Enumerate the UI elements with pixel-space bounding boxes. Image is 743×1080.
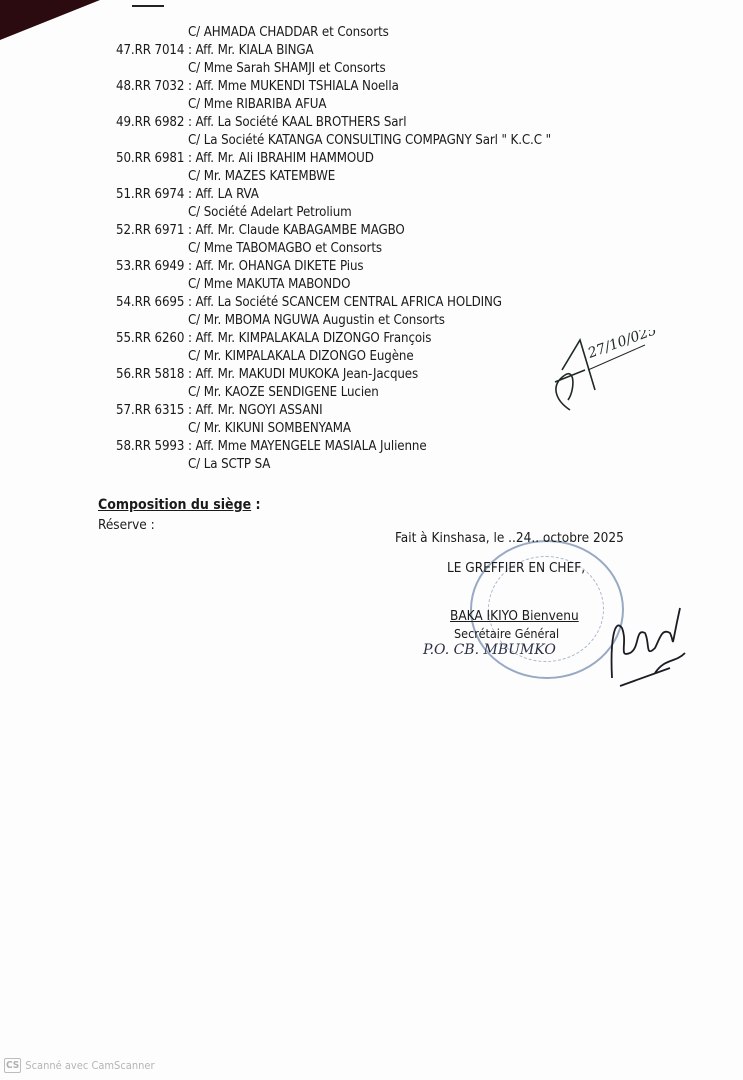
case-reference: RR 7014: [135, 43, 185, 58]
case-number: 49.: [116, 115, 135, 130]
case-row: 49.RR 6982 : Aff. La Société KAAL BROTHE…: [116, 114, 716, 132]
case-defendant: C/ Société Adelart Petrolium: [116, 205, 352, 220]
separator: :: [184, 223, 195, 238]
composition-heading: Composition du siège :: [98, 497, 261, 513]
case-number: 54.: [116, 295, 135, 310]
case-reference: RR 6949: [135, 259, 185, 274]
case-defendant: C/ Mme TABOMAGBO et Consorts: [116, 241, 382, 256]
scan-corner-shadow: [0, 0, 100, 40]
separator: :: [184, 115, 195, 130]
case-reference: RR 6974: [135, 187, 185, 202]
case-defendant-row: C/ Société Adelart Petrolium: [116, 204, 716, 222]
case-reference: RR 6981: [135, 151, 185, 166]
scan-edge-mark: [132, 5, 164, 7]
case-defendant-row: C/ Mme Sarah SHAMJI et Consorts: [116, 60, 716, 78]
case-number: 47.: [116, 43, 135, 58]
case-defendant-row: C/ Mr. KIKUNI SOMBENYAMA: [116, 420, 716, 438]
case-plaintiff: Aff. Mme MUKENDI TSHIALA Noella: [196, 79, 399, 94]
signatory-name: BAKA IKIYO Bienvenu: [450, 608, 579, 624]
case-defendant-row: C/ Mr. MBOMA NGUWA Augustin et Consorts: [116, 312, 716, 330]
case-defendant: C/ Mme Sarah SHAMJI et Consorts: [116, 61, 386, 76]
separator: :: [184, 43, 195, 58]
case-plaintiff: Aff. Mr. NGOYI ASSANI: [196, 403, 323, 418]
handwritten-initials-icon: 27/10/025: [540, 330, 660, 415]
case-defendant: C/ La Société KATANGA CONSULTING COMPAGN…: [116, 133, 551, 148]
case-defendant-row: C/ Mr. MAZES KATEMBWE: [116, 168, 716, 186]
camscanner-logo-icon: CS: [4, 1058, 21, 1073]
case-plaintiff: Aff. LA RVA: [196, 187, 259, 202]
case-plaintiff: Aff. Mr. Ali IBRAHIM HAMMOUD: [196, 151, 374, 166]
case-row: 50.RR 6981 : Aff. Mr. Ali IBRAHIM HAMMOU…: [116, 150, 716, 168]
case-defendant-row: C/ La SCTP SA: [116, 456, 716, 474]
case-continuation-line: C/ AHMADA CHADDAR et Consorts: [116, 24, 716, 42]
case-number: 51.: [116, 187, 135, 202]
case-reference: RR 7032: [135, 79, 185, 94]
separator: :: [184, 295, 195, 310]
case-reference: RR 5993: [135, 439, 185, 454]
separator: :: [184, 259, 195, 274]
case-defendant-row: C/ La Société KATANGA CONSULTING COMPAGN…: [116, 132, 716, 150]
case-defendant-row: C/ Mme RIBARIBA AFUA: [116, 96, 716, 114]
case-defendant-row: C/ Mme TABOMAGBO et Consorts: [116, 240, 716, 258]
case-plaintiff: Aff. Mr. Claude KABAGAMBE MAGBO: [196, 223, 405, 238]
case-reference: RR 6315: [135, 403, 185, 418]
case-plaintiff: Aff. Mr. OHANGA DIKETE Pius: [196, 259, 364, 274]
case-defendant: C/ Mr. MBOMA NGUWA Augustin et Consorts: [116, 313, 445, 328]
case-number: 52.: [116, 223, 135, 238]
separator: :: [184, 367, 195, 382]
place-date: Fait à Kinshasa, le ..24.. octobre 2025: [395, 530, 624, 546]
case-plaintiff: Aff. Mr. KIMPALAKALA DIZONGO François: [196, 331, 432, 346]
camscanner-text: Scanné avec CamScanner: [25, 1059, 154, 1072]
case-defendant: C/ Mme MAKUTA MABONDO: [116, 277, 350, 292]
case-defendant: C/ Mr. KIKUNI SOMBENYAMA: [116, 421, 351, 436]
case-plaintiff: Aff. Mme MAYENGELE MASIALA Julienne: [196, 439, 427, 454]
case-plaintiff: Aff. La Société SCANCEM CENTRAL AFRICA H…: [196, 295, 502, 310]
case-number: 50.: [116, 151, 135, 166]
case-row: 53.RR 6949 : Aff. Mr. OHANGA DIKETE Pius: [116, 258, 716, 276]
separator: :: [184, 331, 195, 346]
signatory-role: LE GREFFIER EN CHEF,: [447, 560, 585, 576]
case-row: 52.RR 6971 : Aff. Mr. Claude KABAGAMBE M…: [116, 222, 716, 240]
case-number: 58.: [116, 439, 135, 454]
case-plaintiff: Aff. Mr. KIALA BINGA: [196, 43, 314, 58]
case-row: 58.RR 5993 : Aff. Mme MAYENGELE MASIALA …: [116, 438, 716, 456]
case-reference: RR 5818: [135, 367, 185, 382]
separator: :: [184, 187, 195, 202]
case-number: 56.: [116, 367, 135, 382]
case-defendant: C/ Mr. KAOZE SENDIGENE Lucien: [116, 385, 379, 400]
case-plaintiff: Aff. Mr. MAKUDI MUKOKA Jean-Jacques: [196, 367, 419, 382]
case-plaintiff: Aff. La Société KAAL BROTHERS Sarl: [196, 115, 407, 130]
separator: :: [184, 79, 195, 94]
case-number: 55.: [116, 331, 135, 346]
separator: :: [184, 403, 195, 418]
svg-text:27/10/025: 27/10/025: [585, 330, 659, 362]
case-row: 48.RR 7032 : Aff. Mme MUKENDI TSHIALA No…: [116, 78, 716, 96]
case-row: 47.RR 7014 : Aff. Mr. KIALA BINGA: [116, 42, 716, 60]
case-number: 57.: [116, 403, 135, 418]
case-defendant: C/ Mr. MAZES KATEMBWE: [116, 169, 335, 184]
case-row: 54.RR 6695 : Aff. La Société SCANCEM CEN…: [116, 294, 716, 312]
handwritten-signature-icon: [600, 598, 690, 688]
reserve-label: Réserve :: [98, 517, 155, 533]
case-defendant-row: C/ Mme MAKUTA MABONDO: [116, 276, 716, 294]
case-number: 48.: [116, 79, 135, 94]
separator: :: [184, 151, 195, 166]
case-reference: RR 6260: [135, 331, 185, 346]
case-reference: RR 6695: [135, 295, 185, 310]
camscanner-watermark: CS Scanné avec CamScanner: [4, 1058, 155, 1073]
case-defendant: C/ La SCTP SA: [116, 457, 270, 472]
signatory-title: Secrétaire Général: [454, 626, 559, 641]
case-defendant: C/ Mr. KIMPALAKALA DIZONGO Eugène: [116, 349, 414, 364]
case-row: 51.RR 6974 : Aff. LA RVA: [116, 186, 716, 204]
case-defendant: C/ Mme RIBARIBA AFUA: [116, 97, 326, 112]
case-number: 53.: [116, 259, 135, 274]
separator: :: [184, 439, 195, 454]
case-reference: RR 6982: [135, 115, 185, 130]
case-reference: RR 6971: [135, 223, 185, 238]
per-order-note: P.O. CB. MBUMKO: [423, 642, 556, 658]
